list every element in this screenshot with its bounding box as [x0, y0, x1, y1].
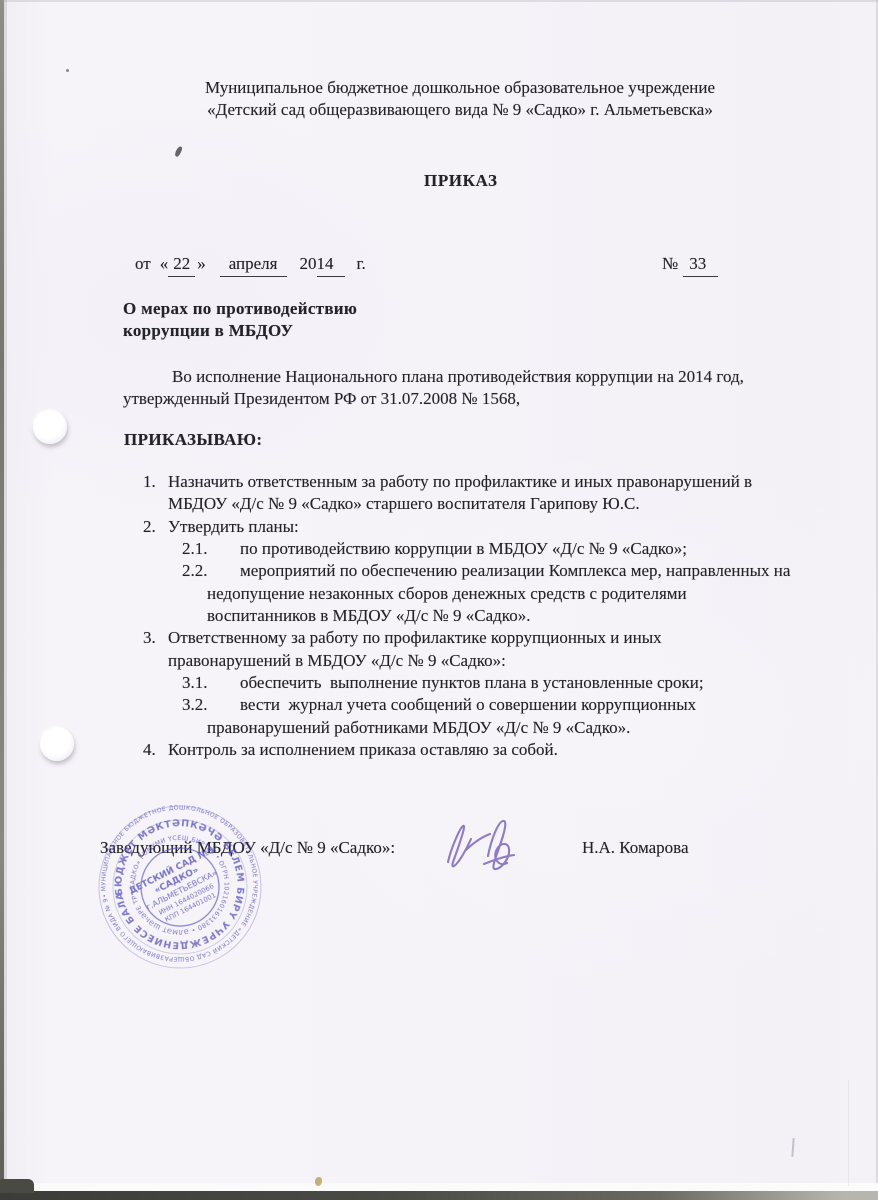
pencil-mark [791, 1138, 794, 1157]
order-line: недопущение незаконных сборов денежных с… [0, 583, 878, 605]
order-line: воспитанников в МБДОУ «Д/с № 9 «Садко». [0, 605, 878, 627]
order-line: 3.Ответственному за работу по профилакти… [0, 627, 878, 649]
order-line: 1.Назначить ответственным за работу по п… [0, 471, 878, 493]
order-line: правонарушений работниками МБДОУ «Д/с № … [0, 717, 878, 739]
subject-line1: О мерах по противодействию [123, 298, 357, 320]
quote-close: » [197, 253, 206, 275]
org-name-line2: «Детский сад общеразвивающего вида № 9 «… [90, 99, 830, 121]
order-line-text: правонарушений в МБДОУ «Д/с № 9 «Садко»: [168, 650, 506, 672]
order-line-text: недопущение незаконных сборов денежных с… [207, 583, 687, 605]
scan-edge-top [0, 0, 878, 2]
number-value: 33 [683, 253, 718, 276]
order-line-number: 2.1. [182, 538, 208, 560]
dust-speck [66, 69, 69, 72]
number-label: № [662, 253, 678, 275]
date-month: апреля [220, 253, 287, 276]
order-line-number: 3.2. [182, 694, 208, 716]
order-line: 2.Утвердить планы: [0, 516, 878, 538]
org-name-line1: Муниципальное бюджетное дошкольное образ… [90, 77, 830, 99]
signature-autograph [436, 812, 532, 882]
order-line: 3.1.обеспечить выполнение пунктов плана … [0, 672, 878, 694]
order-line-text: вести журнал учета сообщений о совершени… [240, 694, 696, 716]
order-word: ПРИКАЗЫВАЮ: [124, 429, 262, 451]
year-unit: г. [357, 253, 366, 275]
order-line-text: Утвердить планы: [168, 516, 299, 538]
date-day: 22 [168, 253, 195, 276]
document-title: ПРИКАЗ [424, 170, 498, 192]
order-line-text: воспитанников в МБДОУ «Д/с № 9 «Садко». [207, 605, 530, 627]
order-line-text: Назначить ответственным за работу по про… [168, 471, 752, 493]
order-line-number: 3. [143, 627, 156, 649]
order-list: 1.Назначить ответственным за работу по п… [0, 471, 878, 761]
order-line: правонарушений в МБДОУ «Д/с № 9 «Садко»: [0, 650, 878, 672]
order-line-text: МБДОУ «Д/с № 9 «Садко» старшего воспитат… [168, 493, 640, 515]
order-line-number: 2.2. [182, 560, 208, 582]
order-line: 4.Контроль за исполнением приказа оставл… [0, 739, 878, 761]
order-line-text: Контроль за исполнением приказа оставляю… [168, 739, 558, 761]
subject-line2: коррупции в МБДОУ [123, 320, 293, 342]
signatory-name: Н.А. Комарова [582, 837, 689, 859]
order-line-text: по противодействию коррупции в МБДОУ «Д/… [240, 538, 687, 560]
paper-crease [848, 1080, 849, 1186]
order-line-text: мероприятий по обеспечению реализации Ко… [240, 560, 790, 582]
order-line: 2.1.по противодействию коррупции в МБДОУ… [0, 538, 878, 560]
order-line-number: 3.1. [182, 672, 208, 694]
order-line: 2.2.мероприятий по обеспечению реализаци… [0, 560, 878, 582]
year-tail: 14 [317, 253, 345, 276]
ink-mark [174, 145, 183, 157]
order-line: 3.2.вести журнал учета сообщений о совер… [0, 694, 878, 716]
preamble-line1: Во исполнение Национального плана против… [172, 366, 744, 388]
year-head: 20 [300, 253, 317, 275]
order-line: МБДОУ «Д/с № 9 «Садко» старшего воспитат… [0, 493, 878, 515]
official-stamp: • МУНИЦИПАЛЬНОЕ БЮДЖЕТНОЕ ДОШКОЛЬНОЕ ОБР… [96, 803, 264, 971]
preamble-line2: утвержденный Президентом РФ от 31.07.200… [123, 388, 520, 410]
order-line-text: Ответственному за работу по профилактике… [168, 627, 662, 649]
order-line-text: обеспечить выполнение пунктов плана в ус… [240, 672, 704, 694]
order-line-number: 2. [143, 516, 156, 538]
punch-hole-top [33, 410, 67, 444]
document-number: № 33 [645, 231, 718, 299]
order-line-text: правонарушений работниками МБДОУ «Д/с № … [207, 717, 630, 739]
scan-edge-bottom [0, 1191, 878, 1200]
order-line-number: 1. [143, 471, 156, 493]
scan-edge-bottom-corner [0, 1179, 34, 1193]
date-line: от «22» апреля 2014 г. [118, 231, 366, 299]
order-line-number: 4. [143, 739, 156, 761]
scanned-order-document: Муниципальное бюджетное дошкольное образ… [0, 0, 878, 1200]
quote-open: « [160, 253, 169, 275]
date-prefix: от [135, 253, 151, 275]
